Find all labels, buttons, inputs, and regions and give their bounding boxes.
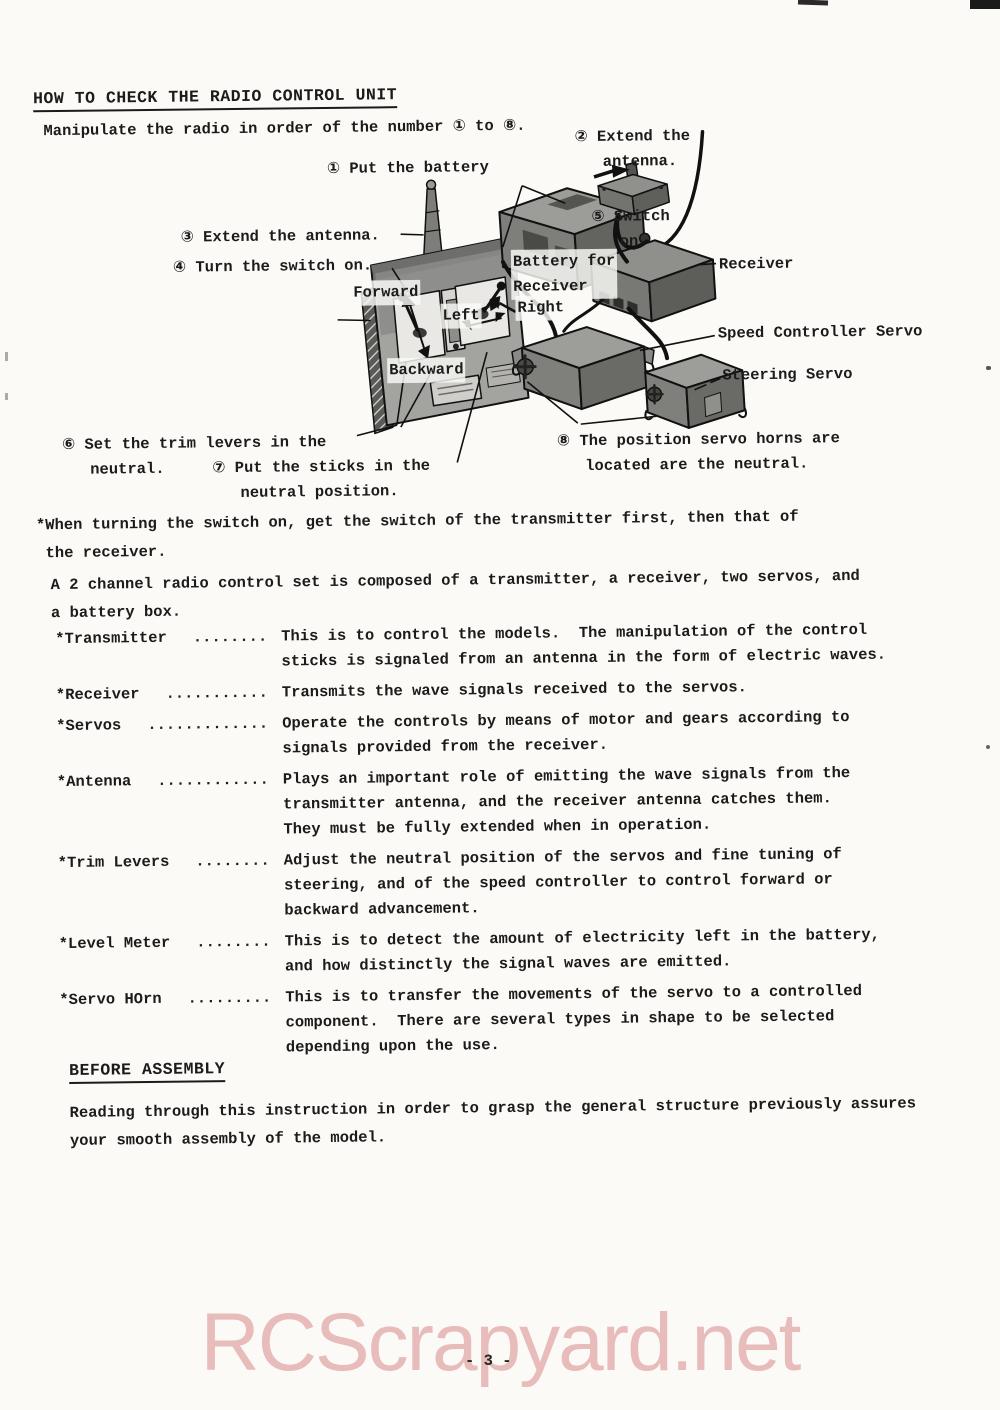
scan-artifact [5, 352, 8, 361]
dot-leader: ............. [147, 712, 268, 738]
definition-row-transmitter: *Transmitter........ This is to control … [55, 617, 986, 678]
definition-desc: Adjust the neutral position of the servo… [284, 842, 843, 923]
label-left: Left [440, 303, 481, 328]
scan-artifact [970, 0, 1000, 9]
watermark: RCScrapyard.net [201, 1296, 800, 1390]
scanned-page: HOW TO CHECK THE RADIO CONTROL UNIT Mani… [0, 0, 1000, 1410]
callout-step2: ② Extend the antenna. [574, 124, 690, 175]
callout-step8: ⑧ The position servo horns are located a… [557, 426, 840, 479]
component-definitions: *Transmitter........ This is to control … [55, 617, 990, 1070]
callout-step7: ⑦ Put the sticks in the neutral position… [212, 454, 430, 506]
definition-desc: This is to control the models. The manip… [281, 618, 886, 675]
dot-leader: ........... [165, 681, 268, 707]
dot-leader: ............ [157, 768, 269, 794]
dot-leader: ........ [196, 930, 271, 956]
definition-row-antenna: *Antenna............ Plays an important … [57, 760, 988, 846]
definition-row-receiver: *Receiver........... Transmits the wave … [56, 673, 986, 709]
definition-term: *Level Meter........ [59, 930, 271, 957]
label-receiver: Receiver [719, 252, 794, 278]
label-battery-for-receiver: Battery for Receiver [511, 249, 618, 300]
callout-step1: ① Put the battery [327, 155, 489, 182]
definition-term: *Servo HOrn......... [59, 986, 271, 1013]
definition-term: *Receiver........... [56, 681, 268, 708]
callout-step5: ⑤ Switch on [591, 204, 670, 255]
scan-artifact [986, 366, 991, 370]
definition-row-servo-horn: *Servo HOrn......... This is to transfer… [59, 978, 990, 1064]
label-backward: Backward [387, 357, 466, 383]
definition-desc: Operate the controls by means of motor a… [282, 705, 850, 761]
callout-step3: ③ Extend the antenna. [181, 223, 380, 250]
definition-term: *Trim Levers........ [58, 849, 270, 876]
composition-paragraph: A 2 channel radio control set is compose… [50, 562, 860, 627]
definition-term: *Servos............. [56, 712, 268, 739]
page-number: - 3 - [465, 1352, 512, 1370]
definition-term: *Antenna............ [57, 768, 269, 795]
label-steering-servo: Steering Servo [722, 362, 853, 388]
before-assembly-paragraph: Reading through this instruction in orde… [69, 1089, 916, 1155]
dot-leader: ........ [195, 849, 270, 875]
definition-row-trim-levers: *Trim Levers........ Adjust the neutral … [58, 841, 989, 927]
definition-term: *Transmitter........ [55, 625, 267, 652]
section-title-before-assembly: BEFORE ASSEMBLY [69, 1059, 225, 1084]
dot-leader: ........ [193, 625, 268, 651]
definition-row-servos: *Servos............. Operate the control… [56, 704, 987, 765]
definition-desc: This is to detect the amount of electric… [285, 923, 881, 980]
definition-desc: This is to transfer the movements of the… [285, 979, 863, 1061]
definition-desc: Transmits the wave signals received to t… [282, 675, 747, 705]
dot-leader: ......... [187, 986, 271, 1012]
scan-artifact [5, 393, 8, 400]
label-forward: Forward [351, 280, 420, 306]
definition-row-level-meter: *Level Meter........ This is to detect t… [59, 922, 990, 983]
label-speed-controller-servo: Speed Controller Servo [718, 319, 923, 346]
scan-artifact [986, 745, 990, 749]
definition-desc: Plays an important role of emitting the … [283, 761, 851, 842]
speed-servo-illustration [512, 326, 655, 410]
callout-step4: ④ Turn the switch on. [173, 253, 372, 280]
